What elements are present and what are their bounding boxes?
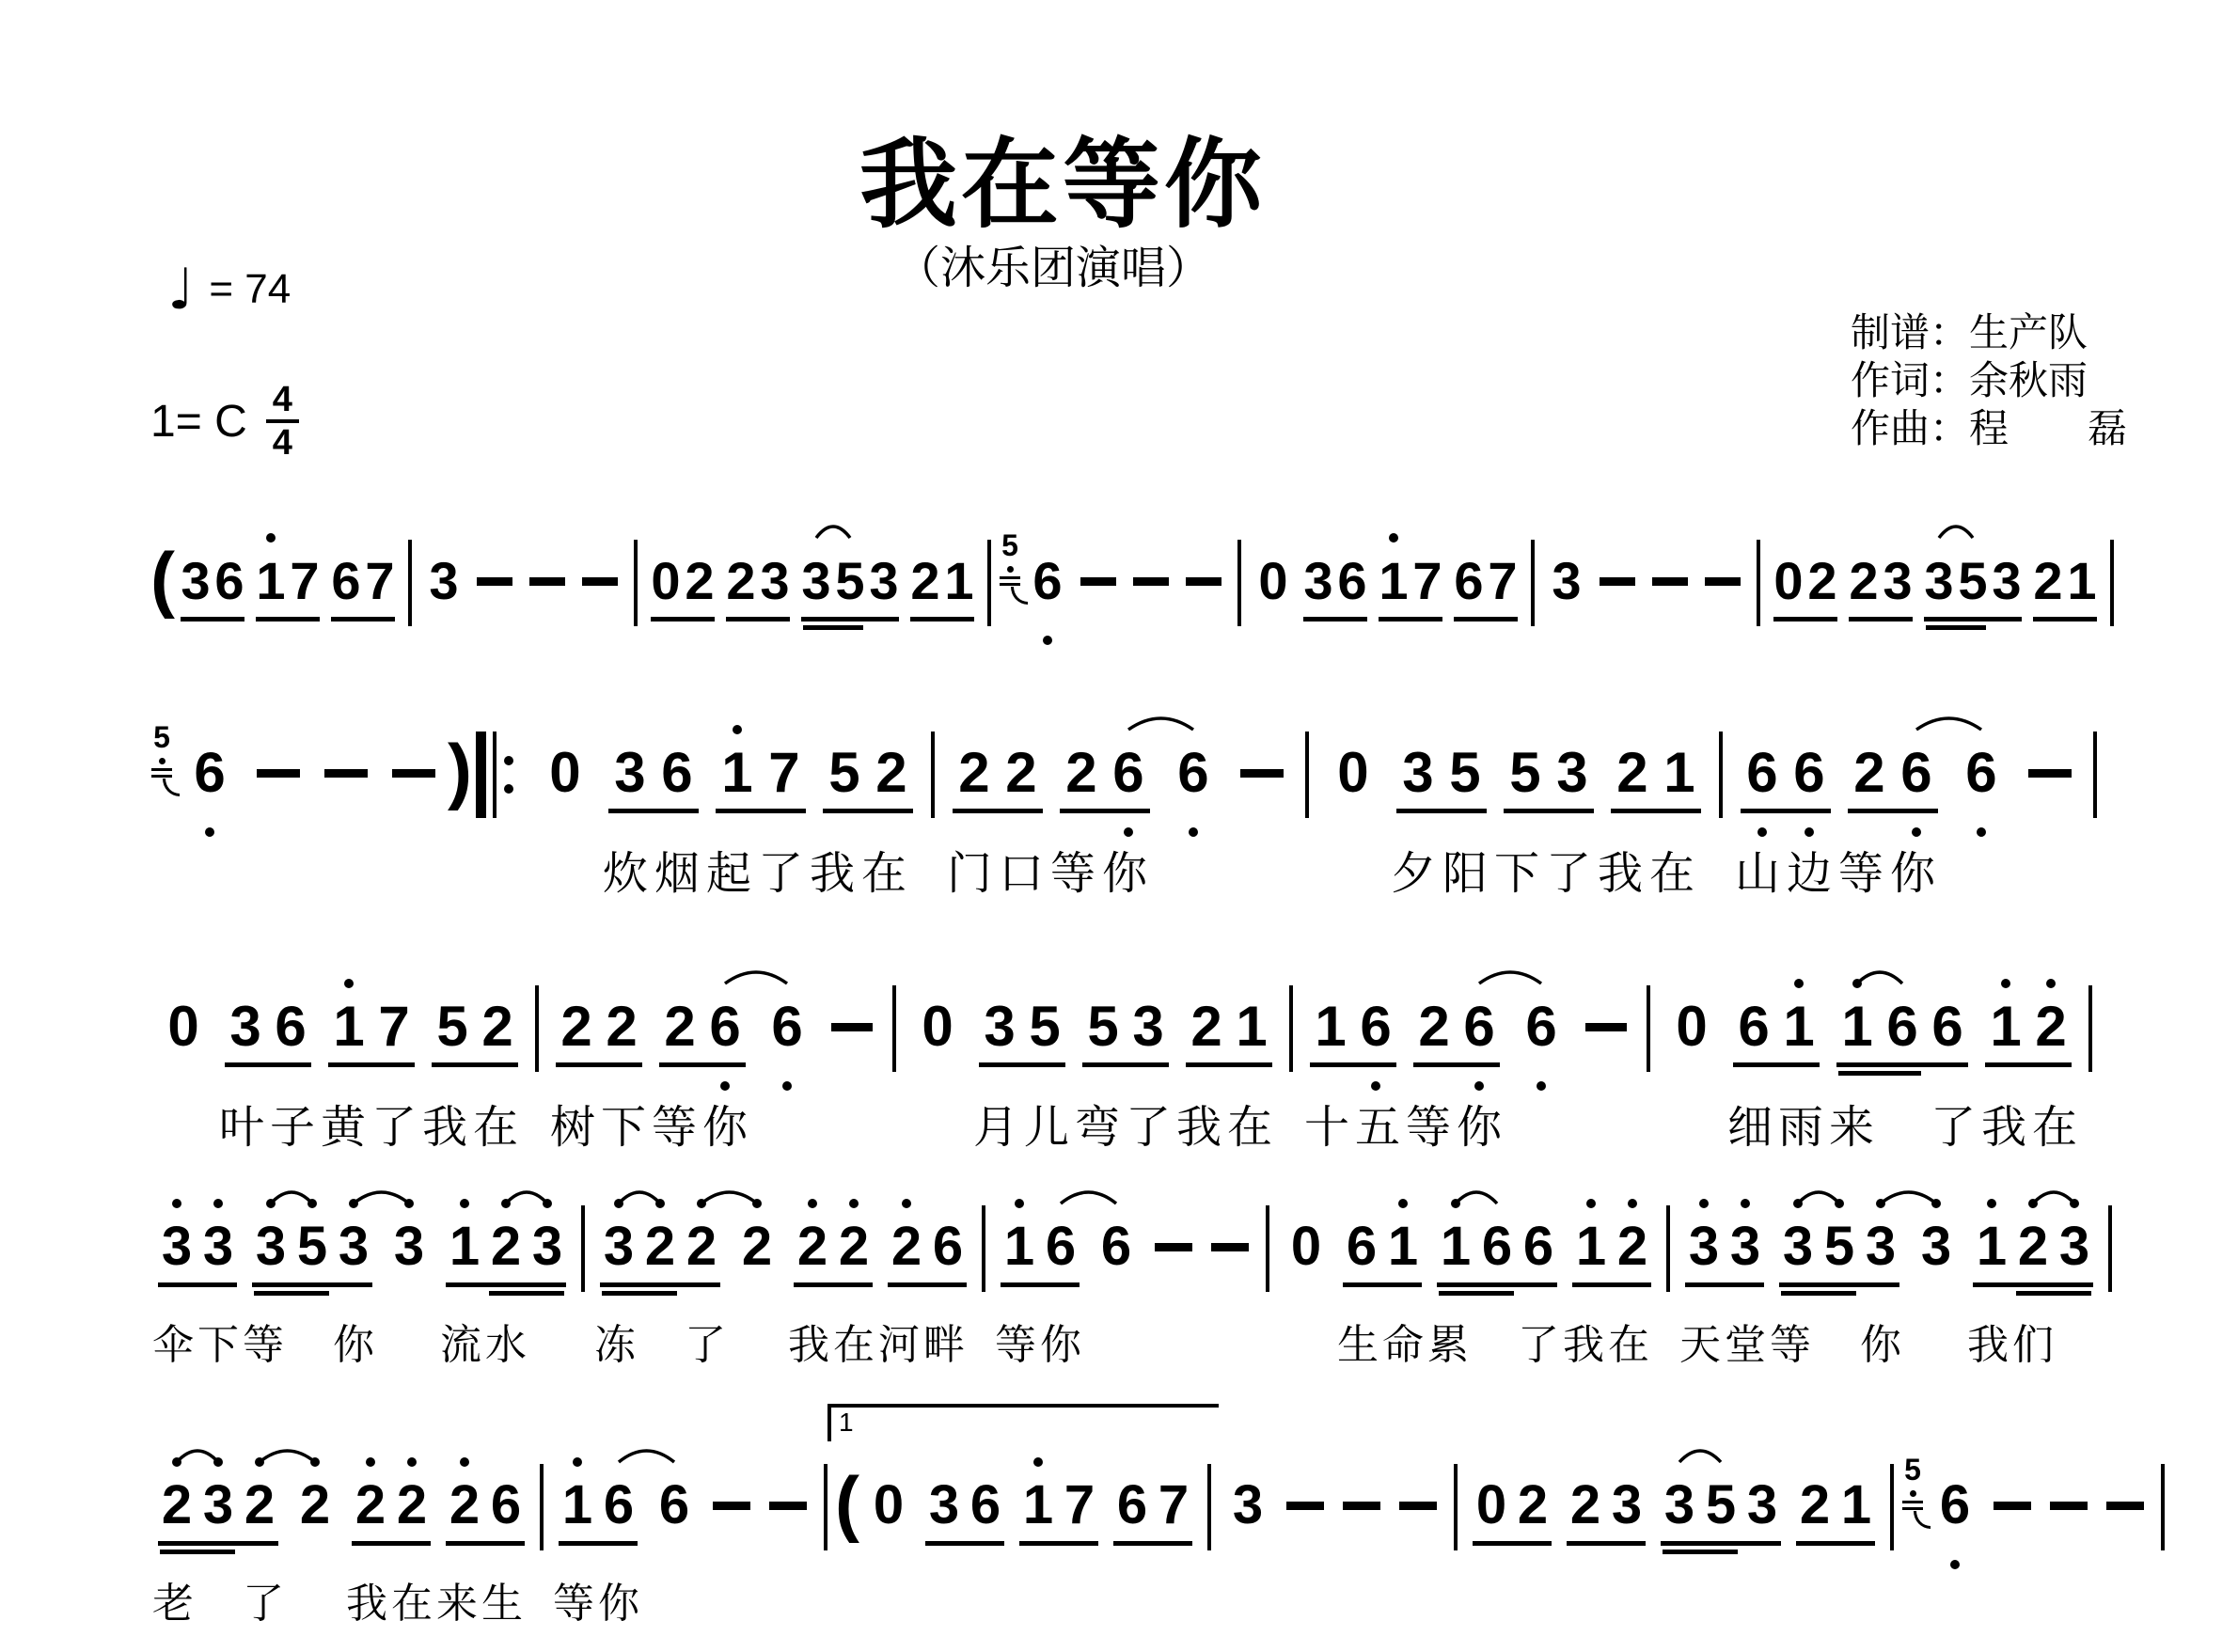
repeat-start-barline: [476, 732, 515, 818]
octave-dot-above: [1586, 1199, 1596, 1208]
grace-note-digit: 5: [150, 720, 173, 755]
sheet-music-page: 我在等你 （沐乐团演唱） ♩ = 74 制谱：生产队 作词：余秋雨 作曲：程 磊…: [0, 0, 2238, 1652]
note: 1: [1835, 974, 1880, 1098]
note-digit: 5: [1080, 991, 1126, 1061]
grace-beam: [1000, 576, 1020, 579]
note: 1: [326, 974, 371, 1098]
octave-dot-below: [1977, 827, 1986, 837]
eighth-beam: [181, 617, 244, 621]
eighth-beam: [1985, 1062, 2072, 1067]
eighth-beam: [651, 617, 715, 621]
duration-dash: [257, 769, 300, 778]
note: 7: [363, 528, 397, 653]
beam-group: 35: [977, 974, 1067, 1098]
eighth-beam: [1303, 617, 1367, 621]
note: 3: [1922, 528, 1956, 653]
note: 1: [1382, 1194, 1424, 1318]
measure-barline: [1266, 1205, 1269, 1292]
duration-dash: [1399, 1502, 1437, 1510]
note: 3: [156, 1194, 197, 1318]
eighth-beam: [446, 1282, 566, 1287]
measure-barline: [892, 985, 896, 1072]
beam-group: 61: [1341, 1194, 1424, 1318]
note: 3: [197, 1453, 239, 1577]
beam-group: 36: [923, 1453, 1006, 1577]
note: 3: [1881, 528, 1915, 653]
note-digit: 3: [1742, 1470, 1783, 1539]
note: 1: [999, 1194, 1040, 1318]
note: 6: [1925, 974, 1970, 1098]
note: 6: [1731, 974, 1776, 1098]
note-digit: 6: [1934, 1470, 1976, 1539]
note-digit: 2: [792, 1211, 833, 1281]
lyric-chunk: 天堂等 你: [1679, 1311, 1905, 1371]
octave-dot-below: [1537, 1081, 1546, 1091]
parenthesis: (: [150, 528, 175, 628]
note-digit: 2: [724, 545, 758, 615]
beam-group: 26: [444, 1453, 527, 1577]
eighth-beam: [608, 809, 699, 813]
octave-dot-above: [543, 1199, 552, 1208]
note-digit: 6: [1031, 545, 1064, 615]
note-digit: 2: [1411, 991, 1457, 1061]
octave-dot-above: [310, 1457, 320, 1467]
note: 5: [430, 974, 475, 1098]
note-digit: 6: [1925, 991, 1970, 1061]
rest-note: 0: [915, 974, 960, 1098]
beam-group: 123: [1971, 1194, 2095, 1318]
credit-lyricist: 作词：余秋雨: [1851, 356, 2127, 404]
lyric-chunk: 流水: [440, 1311, 530, 1371]
rest-note: 0: [1772, 528, 1805, 653]
eighth-beam: [556, 1062, 642, 1067]
note-digit: 5: [821, 737, 868, 807]
duration-dash: [1133, 577, 1169, 586]
note-digit: 0: [1772, 545, 1805, 615]
beam-group: 26: [657, 974, 748, 1098]
note: 2: [1058, 720, 1105, 844]
note-digit: 2: [1512, 1470, 1553, 1539]
note: 3: [1227, 1453, 1269, 1577]
note-digit: 6: [1958, 737, 2005, 807]
note: 7: [288, 528, 322, 653]
credit-arranger: 制谱：生产队: [1851, 308, 2127, 356]
note: 6: [654, 1453, 695, 1577]
lyric-chunk: 细雨来 了我在: [1727, 1091, 2083, 1156]
duration-dash: [324, 769, 368, 778]
note-digit: 1: [714, 737, 761, 807]
duration-dash: [1211, 1243, 1249, 1251]
eighth-beam: [158, 1541, 278, 1546]
octave-dot-above: [172, 1457, 181, 1467]
note-digit: 6: [654, 737, 701, 807]
eighth-beam: [801, 617, 899, 621]
note: 1: [1229, 974, 1274, 1098]
note-digit: 0: [868, 1470, 909, 1539]
note-digit: 6: [1335, 545, 1369, 615]
note: 6: [1031, 528, 1064, 653]
beam-group: 17: [714, 720, 808, 844]
duration-dash: [1652, 577, 1688, 586]
note-digit: 6: [1739, 737, 1786, 807]
key-signature: 1= C: [150, 396, 247, 448]
octave-dot-above: [1699, 1199, 1709, 1208]
eighth-beam: [446, 1541, 525, 1546]
note-digit: 3: [2054, 1211, 2095, 1281]
note-digit: 3: [1990, 545, 2024, 615]
octave-dot-below: [720, 1081, 730, 1091]
note: 2: [485, 1194, 527, 1318]
note: 3: [1725, 1194, 1766, 1318]
octave-dot-above: [213, 1457, 223, 1467]
grace-slur-hook: [1011, 587, 1028, 605]
note-digit: 2: [681, 1211, 722, 1281]
octave-dot-below: [1371, 1081, 1380, 1091]
note-digit: 2: [1058, 737, 1105, 807]
tempo-marking: ♩ = 74: [167, 261, 291, 318]
beam-group: 02: [1772, 528, 1839, 653]
octave-dot-above: [1741, 1199, 1750, 1208]
octave-dot-above: [172, 1199, 181, 1208]
octave-dot-below: [1757, 827, 1767, 837]
note: 3: [977, 974, 1022, 1098]
measure-barline: [987, 540, 991, 626]
octave-dot-below: [1912, 827, 1921, 837]
note-digit: 2: [1805, 545, 1839, 615]
note: 3: [1990, 528, 2024, 653]
eighth-beam: [1504, 809, 1594, 813]
note: 1: [1377, 528, 1411, 653]
note-digit: 2: [1847, 545, 1881, 615]
note-digit: 3: [333, 1211, 374, 1281]
eighth-beam: [331, 617, 395, 621]
rest-note: 0: [161, 974, 206, 1098]
eighth-beam: [1019, 1541, 1098, 1546]
repeat-dot: [504, 756, 513, 765]
note: 1: [557, 1453, 598, 1577]
note: 7: [761, 720, 808, 844]
duration-dash: [1585, 1023, 1627, 1031]
grace-slur-hook: [1914, 1511, 1931, 1529]
sixteenth-beam: [602, 1291, 677, 1296]
note: 6: [598, 1453, 639, 1577]
note: 5: [1080, 974, 1126, 1098]
note-digit: 6: [1040, 1211, 1081, 1281]
lyric-chunk: 生命累 了我在: [1337, 1311, 1653, 1371]
note: 5: [1819, 1194, 1860, 1318]
grace-note: 5: [1901, 1453, 1930, 1577]
note: 2: [833, 1194, 875, 1318]
note: 5: [292, 1194, 333, 1318]
eighth-beam: [1685, 1282, 1764, 1287]
volta-bracket: 1: [827, 1404, 1219, 1441]
note-digit: 6: [1353, 991, 1398, 1061]
note-digit: 2: [554, 991, 599, 1061]
note: 2: [1184, 974, 1229, 1098]
eighth-beam: [1310, 1062, 1396, 1067]
note: 2: [724, 528, 758, 653]
note-digit: 3: [1659, 1470, 1700, 1539]
note: 3: [1742, 1453, 1783, 1577]
music-line: (36176730223353215603617673022335321: [150, 528, 2121, 653]
note-digit: 0: [649, 545, 683, 615]
note: 6: [1880, 974, 1925, 1098]
note-digit: 3: [867, 545, 901, 615]
note-digit: 3: [598, 1211, 639, 1281]
grace-octave-dot: [1910, 1490, 1916, 1497]
duration-dash: [2028, 769, 2072, 778]
note: 3: [179, 528, 213, 653]
note-digit: 1: [1435, 1211, 1476, 1281]
note: 3: [1606, 1453, 1647, 1577]
note: 6: [186, 720, 233, 844]
measure-barline: [2093, 732, 2097, 818]
measure-barline: [1289, 985, 1293, 1072]
note: 3: [607, 720, 654, 844]
note-digit: 3: [388, 1211, 430, 1281]
eighth-beam: [1836, 1062, 1968, 1067]
beam-group: 16: [557, 1453, 639, 1577]
note-digit: 2: [639, 1211, 681, 1281]
note: 6: [1519, 974, 1564, 1098]
note-digit: 0: [1669, 991, 1714, 1061]
eighth-beam: [1379, 617, 1442, 621]
note-digit: 1: [1835, 991, 1880, 1061]
eighth-beam: [2033, 617, 2097, 621]
octave-dot-above: [1876, 1199, 1885, 1208]
sixteenth-beam: [489, 1291, 564, 1296]
beam-group: 36: [607, 720, 701, 844]
parenthesis: ): [448, 720, 472, 820]
grace-beam: [1902, 1507, 1923, 1510]
duration-dash: [1186, 577, 1221, 586]
note: 6: [1934, 1453, 1976, 1577]
octave-dot-above: [573, 1457, 582, 1467]
duration-dash: [529, 577, 565, 586]
note: 5: [1956, 528, 1990, 653]
note: 3: [758, 528, 792, 653]
note: 3: [1777, 1194, 1819, 1318]
note-digit: 6: [1105, 737, 1152, 807]
beam-group: 36: [179, 528, 246, 653]
octave-dot-above: [1794, 979, 1804, 988]
grace-beam: [151, 775, 172, 778]
eighth-beam: [1186, 1062, 1272, 1067]
note: 3: [1549, 720, 1596, 844]
rest-note: 0: [1669, 974, 1714, 1098]
eighth-beam: [1113, 1541, 1192, 1546]
eighth-beam: [1454, 617, 1518, 621]
note-digit: 3: [197, 1211, 239, 1281]
beam-group: 36: [223, 974, 313, 1098]
note: 1: [1656, 720, 1703, 844]
quarter-note-icon: ♩: [167, 261, 194, 318]
page-title: 我在等你: [0, 105, 2125, 246]
rest-note: 0: [868, 1453, 909, 1577]
octave-dot-above: [2070, 1199, 2079, 1208]
duration-dash: [477, 577, 512, 586]
measure-barline: [1647, 985, 1650, 1072]
measure-barline: [1207, 1464, 1211, 1550]
eighth-beam: [158, 1282, 237, 1287]
note-digit: 3: [1227, 1470, 1269, 1539]
note: 3: [867, 528, 901, 653]
measure-barline: [1454, 1464, 1458, 1550]
beam-group: 17: [254, 528, 322, 653]
eighth-beam: [328, 1062, 415, 1067]
note: 6: [329, 528, 363, 653]
note-digit: 1: [1983, 991, 2028, 1061]
volta-number: 1: [839, 1408, 854, 1438]
note-digit: 7: [363, 545, 397, 615]
octave-dot-above: [266, 1199, 276, 1208]
beam-group: 26: [886, 1194, 969, 1318]
note: 6: [268, 974, 313, 1098]
eighth-beam: [1779, 1282, 1899, 1287]
rest-note: 0: [1330, 720, 1377, 844]
octave-dot-above: [1389, 533, 1398, 543]
beam-group: 67: [1111, 1453, 1194, 1577]
lyric-chunk: 炊烟起了我在: [603, 837, 913, 902]
measure-barline: [1531, 540, 1535, 626]
note-digit: 0: [1471, 1470, 1512, 1539]
note: 1: [942, 528, 976, 653]
note-digit: 3: [1126, 991, 1171, 1061]
octave-dot-below: [1805, 827, 1814, 837]
measure-barline: [2108, 1205, 2112, 1292]
eighth-beam: [659, 1062, 746, 1067]
lyric-chunk: 等你: [995, 1311, 1085, 1371]
note-digit: 2: [1794, 1470, 1836, 1539]
note-digit: 6: [485, 1470, 527, 1539]
lyric-chunk: 月儿弯了我在: [973, 1091, 1278, 1156]
note: 2: [444, 1453, 485, 1577]
measure-barline: [824, 1464, 827, 1550]
note: 2: [350, 1453, 391, 1577]
measure-barline: [408, 540, 412, 626]
note: 1: [1308, 974, 1353, 1098]
lyrics-row: 叶子黄了我在树下等你月儿弯了我在十五等你细雨来 了我在: [150, 1091, 2101, 1151]
rest-note: 0: [542, 720, 589, 844]
measure-barline: [1237, 540, 1241, 626]
grace-slur-hook: [163, 779, 180, 796]
beam-group: 22: [554, 974, 644, 1098]
octave-dot-below: [1474, 1081, 1484, 1091]
credit-composer: 作曲：程 磊: [1851, 404, 2127, 452]
note-digit: 2: [1609, 737, 1656, 807]
note-digit: 2: [998, 737, 1045, 807]
beam-group: 21: [1184, 974, 1274, 1098]
note: 6: [764, 974, 810, 1098]
note: 2: [639, 1194, 681, 1318]
duration-dash: [1155, 1243, 1192, 1251]
note: 3: [1126, 974, 1171, 1098]
eighth-beam: [1413, 1062, 1500, 1067]
measure-barline: [634, 540, 638, 626]
note-digit: 2: [657, 991, 702, 1061]
duration-dash: [1600, 577, 1635, 586]
eighth-beam: [823, 809, 913, 813]
note: 6: [1095, 1194, 1137, 1318]
note-digit: 3: [1683, 1211, 1725, 1281]
lyric-chunk: 我在河畔: [788, 1311, 969, 1371]
octave-dot-above: [902, 1199, 911, 1208]
duration-dash: [2106, 1502, 2144, 1510]
note: 6: [1341, 1194, 1382, 1318]
note-digit: 6: [1893, 737, 1940, 807]
eighth-beam: [559, 1541, 638, 1546]
duration-dash: [582, 577, 618, 586]
note-digit: 6: [1731, 991, 1776, 1061]
grace-octave-dot: [1007, 566, 1014, 573]
note-digit: 2: [1184, 991, 1229, 1061]
note-digit: 2: [485, 1211, 527, 1281]
note-digit: 5: [430, 991, 475, 1061]
octave-dot-below: [205, 827, 214, 837]
note: 3: [2054, 1194, 2095, 1318]
note: 6: [1476, 1194, 1518, 1318]
beam-group: 67: [1452, 528, 1520, 653]
duration-dash: [1240, 769, 1284, 778]
note: 2: [391, 1453, 433, 1577]
beam-group: 21: [908, 528, 976, 653]
note: 5: [833, 528, 867, 653]
beam-group: 17: [1017, 1453, 1100, 1577]
beam-group: 61: [1731, 974, 1821, 1098]
note-digit: 1: [254, 545, 288, 615]
lyric-chunk: 山边等你: [1735, 837, 1942, 902]
eighth-beam: [716, 809, 806, 813]
note: 2: [683, 528, 717, 653]
note: 3: [1860, 1194, 1901, 1318]
note: 2: [736, 1194, 778, 1318]
octave-dot-above: [266, 533, 276, 543]
lyric-chunk: 十五等你: [1304, 1091, 1507, 1156]
beam-group: 35: [1395, 720, 1489, 844]
note-digit: 3: [923, 1470, 965, 1539]
note-digit: 6: [186, 737, 233, 807]
note-digit: 2: [1565, 1470, 1606, 1539]
note: 2: [554, 974, 599, 1098]
note-digit: 3: [1550, 545, 1584, 615]
eighth-beam: [1611, 809, 1701, 813]
note-digit: 1: [1229, 991, 1274, 1061]
note-digit: 3: [527, 1211, 568, 1281]
eighth-beam: [1567, 1541, 1646, 1546]
lyric-chunk: 门口等你: [947, 837, 1154, 902]
note-digit: 3: [1860, 1211, 1901, 1281]
note: 2: [792, 1194, 833, 1318]
note-digit: 3: [1549, 737, 1596, 807]
note: 2: [1565, 1453, 1606, 1577]
note-digit: 6: [213, 545, 246, 615]
note: 2: [998, 720, 1045, 844]
note: 3: [1915, 1194, 1957, 1318]
sixteenth-beam: [1663, 1550, 1738, 1554]
note-digit: 2: [833, 1211, 875, 1281]
beam-group: 33: [156, 1194, 239, 1318]
note: 2: [239, 1453, 280, 1577]
music-line: 56)036175222266035532166266炊烟起了我在门口等你夕阳下…: [150, 720, 2106, 844]
note: 7: [1486, 528, 1520, 653]
beam-group: 52: [821, 720, 915, 844]
notes-row: (36176730223353215603617673022335321: [150, 528, 2121, 653]
note: 5: [1022, 974, 1067, 1098]
note-digit: 7: [371, 991, 417, 1061]
note-digit: 2: [239, 1470, 280, 1539]
duration-dash: [392, 769, 435, 778]
eighth-beam: [726, 617, 790, 621]
